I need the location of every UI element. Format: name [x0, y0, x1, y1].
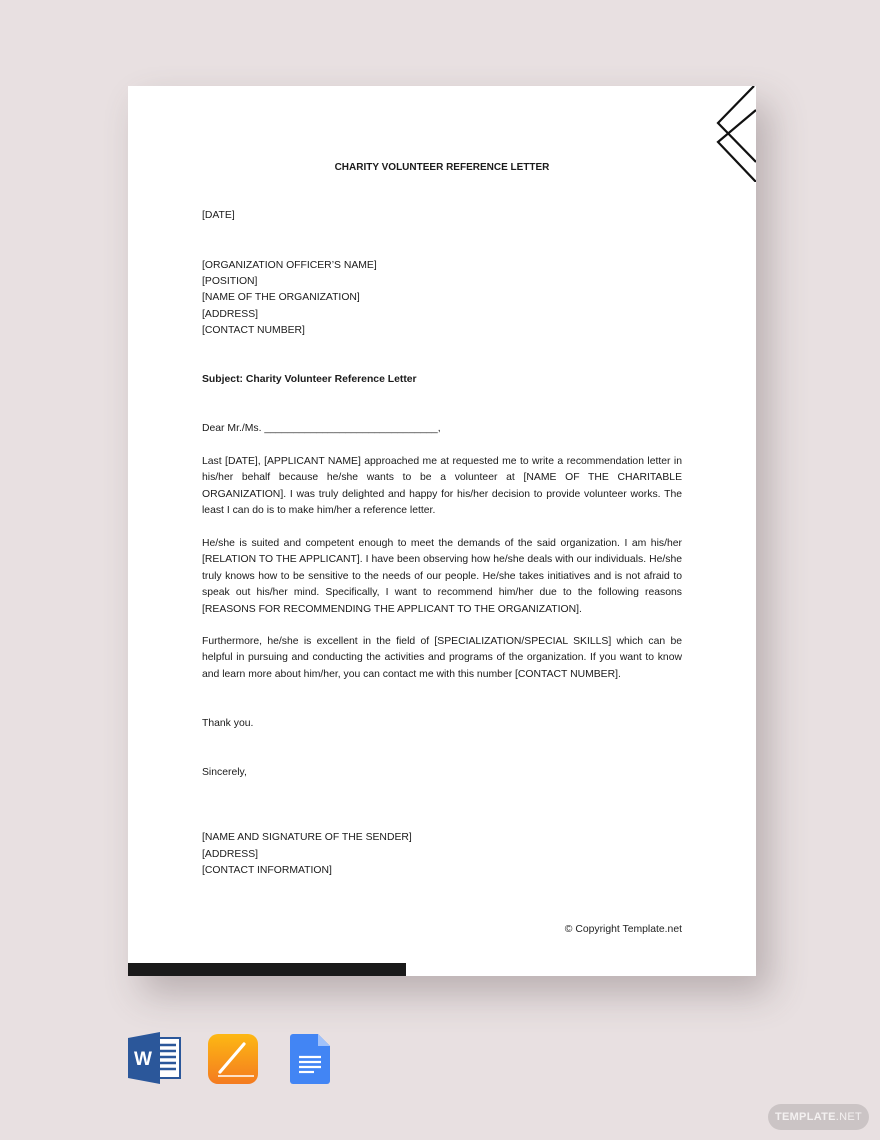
apple-pages-icon[interactable] [208, 1032, 258, 1084]
document-title: CHARITY VOLUNTEER REFERENCE LETTER [202, 160, 682, 176]
recipient-position: [POSITION] [202, 274, 257, 290]
paragraph-1: Last [DATE], [APPLICANT NAME] approached… [202, 454, 682, 520]
subject-line: Subject: Charity Volunteer Reference Let… [202, 372, 417, 388]
paragraph-3: Furthermore, he/she is excellent in the … [202, 634, 682, 683]
watermark-light: .NET [836, 1111, 862, 1123]
paragraph-2: He/she is suited and competent enough to… [202, 536, 682, 618]
google-docs-icon[interactable] [290, 1032, 330, 1084]
watermark-bold: TEMPLATE [775, 1111, 836, 1123]
sender-contact: [CONTACT INFORMATION] [202, 863, 332, 879]
date-placeholder: [DATE] [202, 208, 235, 224]
closing-line: Sincerely, [202, 765, 247, 781]
svg-text:W: W [134, 1049, 152, 1070]
sender-name: [NAME AND SIGNATURE OF THE SENDER] [202, 830, 412, 846]
chevron-decoration-icon [716, 86, 756, 182]
thanks-line: Thank you. [202, 716, 253, 732]
letter-preview-page: CHARITY VOLUNTEER REFERENCE LETTER [DATE… [128, 86, 756, 976]
recipient-contact: [CONTACT NUMBER] [202, 323, 305, 339]
salutation: Dear Mr./Ms. ___________________________… [202, 421, 441, 437]
footer-bar [128, 963, 406, 976]
recipient-organization: [NAME OF THE ORGANIZATION] [202, 290, 360, 306]
copyright-text: © Copyright Template.net [565, 924, 682, 935]
recipient-name: [ORGANIZATION OFFICER’S NAME] [202, 258, 377, 274]
microsoft-word-icon[interactable]: W [128, 1032, 182, 1084]
recipient-address: [ADDRESS] [202, 307, 258, 323]
sender-address: [ADDRESS] [202, 847, 258, 863]
template-net-watermark: TEMPLATE.NET [768, 1104, 869, 1130]
